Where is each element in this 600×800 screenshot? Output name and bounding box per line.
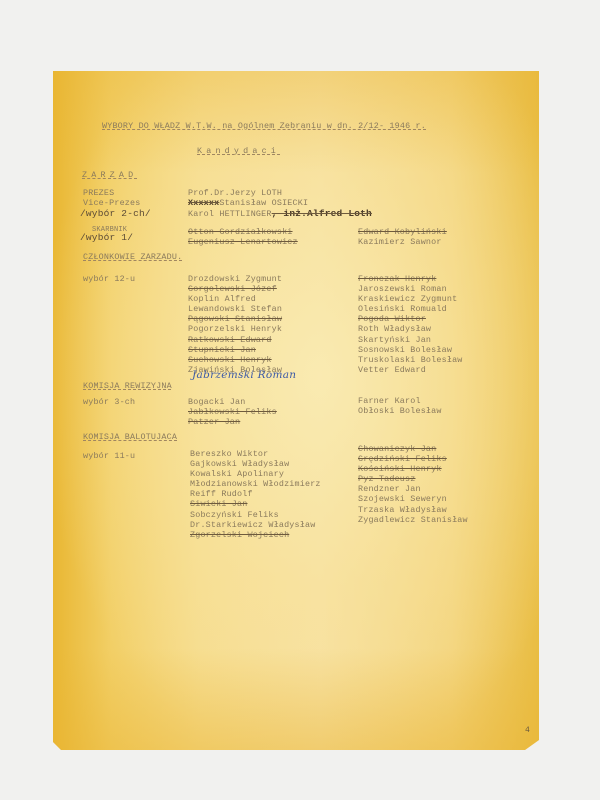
balotujaca-column-2: Chowaniczyk Jan Grędziński Feliks Kościń… <box>358 445 468 526</box>
candidate-name: Patzer Jan <box>188 418 277 428</box>
candidate-name: Obłoski Bolesław <box>358 407 442 417</box>
skarbnik-column-1: Otton Gordziałkowski Eugeniusz Lenartowi… <box>188 228 298 248</box>
third-candidate-line: Karol HETTLINGER, inż.Alfred Loth <box>188 209 372 219</box>
candidate-name: Kazimierz Sawnor <box>358 238 447 248</box>
added-candidate: , inż.Alfred Loth <box>272 208 372 219</box>
czlonkowie-column-1: Drozdowski Zygmunt Gorgolewski Józef Kop… <box>188 275 282 376</box>
document-header: WYBORY DO WŁADZ W.T.W. na Ogólnem Zebran… <box>102 122 426 130</box>
rewizyjna-column-1: Bogacki Jan Jabłkowski Feliks Patzer Jan <box>188 398 277 428</box>
role-vice-prezes: Vice-Prezes <box>83 199 140 207</box>
vice-candidate-line: XxxxxxStanisław OSIECKI <box>188 199 308 207</box>
skarbnik-selection-count: /wybór 1/ <box>80 233 133 243</box>
role-prezes: PREZES <box>83 189 114 197</box>
czlonkowie-selection-count: wybór 12-u <box>83 275 135 283</box>
document-subheader: Kandydaci <box>197 147 280 155</box>
section-title-zarzad: ZARZAD <box>82 171 137 179</box>
section-title-rewizyjna: KOMISJA REWIZYJNA <box>83 382 172 390</box>
candidate-name: Zgorzelski Wojciech <box>190 531 321 541</box>
prezes-candidate: Prof.Dr.Jerzy LOTH <box>188 189 282 197</box>
czlonkowie-column-2: Fronczak Henryk Jaroszewski Roman Kraski… <box>358 275 463 376</box>
candidate-name: Vetter Edward <box>358 366 463 376</box>
candidate-name: Eugeniusz Lenartowicz <box>188 238 298 248</box>
balotujaca-column-1: Bereszko Wiktor Gajkowski Władysław Kowa… <box>190 450 321 541</box>
candidate-name: Zygadlewicz Stanisław <box>358 516 468 526</box>
struck-text: Xxxxxx <box>188 198 219 208</box>
corner-page-mark: 4 <box>525 726 530 735</box>
vice-candidate-name: Stanisław OSIECKI <box>219 198 308 208</box>
balotujaca-selection-count: wybór 11-u <box>83 452 135 460</box>
rewizyjna-selection-count: wybór 3-ch <box>83 398 135 406</box>
skarbnik-column-2: Edward Kobyliński Kazimierz Sawnor <box>358 228 447 248</box>
candidate-name: Karol HETTLINGER <box>188 209 272 219</box>
section-title-balotujaca: KOMISJA BALOTUJACA <box>83 433 177 441</box>
section-title-czlonkowie: CZŁONKOWIE ZARZADU. <box>83 253 182 261</box>
handwritten-candidate: Jabrzemski Roman <box>192 370 296 381</box>
zarzad-selection-count: /wybór 2-ch/ <box>80 209 151 219</box>
rewizyjna-column-2: Farner Karol Obłoski Bolesław <box>358 397 442 417</box>
